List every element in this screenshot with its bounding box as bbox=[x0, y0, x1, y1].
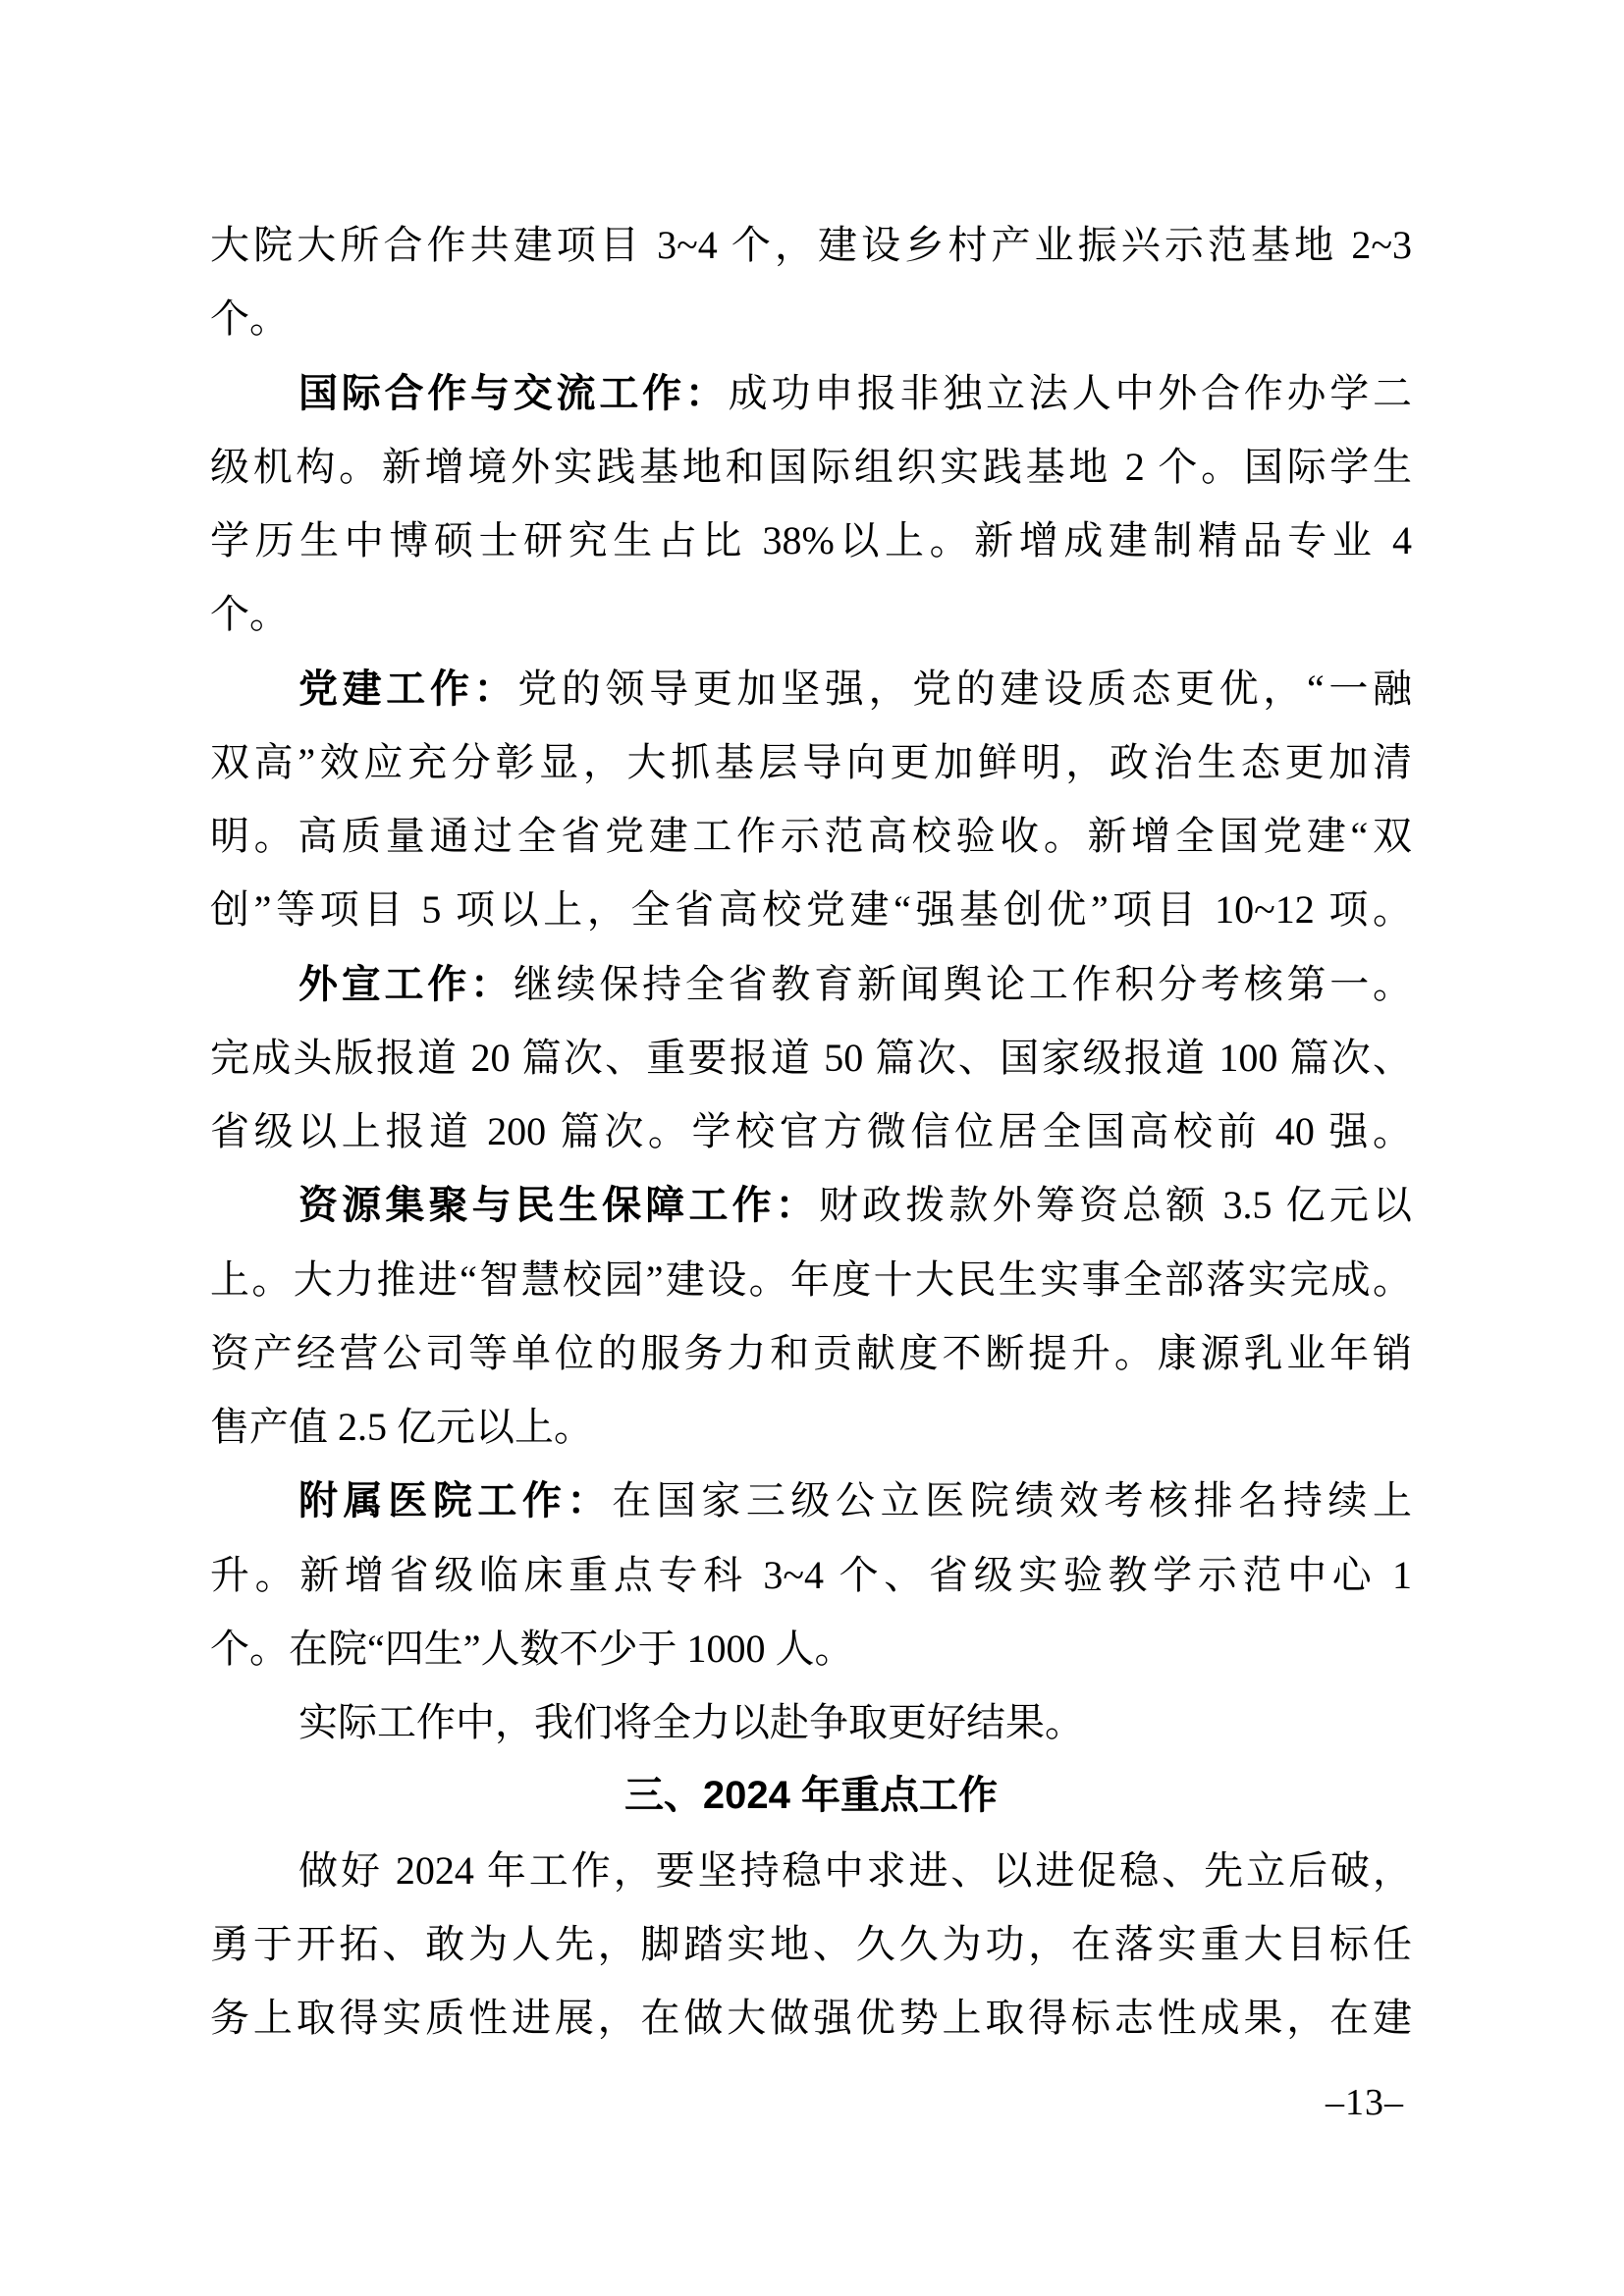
document-line: 省级以上报道 200 篇次。学校官方微信位居全国高校前 40 强。 bbox=[210, 1095, 1412, 1168]
paragraph-lead: 外宣工作： bbox=[298, 963, 514, 1006]
document-line: 大院大所合作共建项目 3~4 个，建设乡村产业振兴示范基地 2~3 bbox=[210, 208, 1412, 282]
document-line: 升。新增省级临床重点专科 3~4 个、省级实验教学示范中心 1 bbox=[210, 1538, 1412, 1612]
paragraph-lead: 国际合作与交流工作： bbox=[298, 372, 729, 415]
document-line: 售产值 2.5 亿元以上。 bbox=[210, 1390, 1412, 1464]
document-line: 上。大力推进“智慧校园”建设。年度十大民生实事全部落实完成。 bbox=[210, 1243, 1412, 1316]
document-line: 完成头版报道 20 篇次、重要报道 50 篇次、国家级报道 100 篇次、 bbox=[210, 1021, 1412, 1095]
document-line: 党建工作：党的领导更加坚强，党的建设质态更优，“一融 bbox=[210, 652, 1412, 725]
document-line: 资源集聚与民生保障工作：财政拨款外筹资总额 3.5 亿元以 bbox=[210, 1168, 1412, 1242]
document-line: 明。高质量通过全省党建工作示范高校验收。新增全国党建“双 bbox=[210, 799, 1412, 873]
document-line: 附属医院工作：在国家三级公立医院绩效考核排名持续上 bbox=[210, 1464, 1412, 1537]
document-body: 大院大所合作共建项目 3~4 个，建设乡村产业振兴示范基地 2~3个。国际合作与… bbox=[210, 208, 1412, 2055]
paragraph-lead: 党建工作： bbox=[298, 667, 517, 711]
document-line: 资产经营公司等单位的服务力和贡献度不断提升。康源乳业年销 bbox=[210, 1316, 1412, 1390]
document-page: 大院大所合作共建项目 3~4 个，建设乡村产业振兴示范基地 2~3个。国际合作与… bbox=[0, 0, 1624, 2296]
document-line: 个。 bbox=[210, 282, 1412, 355]
document-line: 学历生中博硕士研究生占比 38%以上。新增成建制精品专业 4 bbox=[210, 504, 1412, 577]
page-number: –13– bbox=[1326, 2081, 1424, 2124]
document-line: 务上取得实质性进展，在做大做强优势上取得标志性成果，在建 bbox=[210, 1981, 1412, 2055]
document-line: 国际合作与交流工作：成功申报非独立法人中外合作办学二 bbox=[210, 356, 1412, 430]
document-line: 做好 2024 年工作，要坚持稳中求进、以进促稳、先立后破， bbox=[210, 1834, 1412, 1907]
document-line: 个。在院“四生”人数不少于 1000 人。 bbox=[210, 1612, 1412, 1685]
section-heading: 三、2024 年重点工作 bbox=[210, 1759, 1412, 1833]
document-line: 级机构。新增境外实践基地和国际组织实践基地 2 个。国际学生 bbox=[210, 430, 1412, 504]
paragraph-lead: 资源集聚与民生保障工作： bbox=[298, 1184, 819, 1227]
document-line: 外宣工作：继续保持全省教育新闻舆论工作积分考核第一。 bbox=[210, 947, 1412, 1021]
document-line: 勇于开拓、敢为人先，脚踏实地、久久为功，在落实重大目标任 bbox=[210, 1907, 1412, 1981]
document-line: 创”等项目 5 项以上，全省高校党建“强基创优”项目 10~12 项。 bbox=[210, 873, 1412, 946]
document-line: 实际工作中，我们将全力以赴争取更好结果。 bbox=[210, 1685, 1412, 1759]
document-line: 双高”效应充分彰显，大抓基层导向更加鲜明，政治生态更加清 bbox=[210, 725, 1412, 799]
paragraph-lead: 附属医院工作： bbox=[298, 1479, 612, 1522]
document-line: 个。 bbox=[210, 577, 1412, 651]
